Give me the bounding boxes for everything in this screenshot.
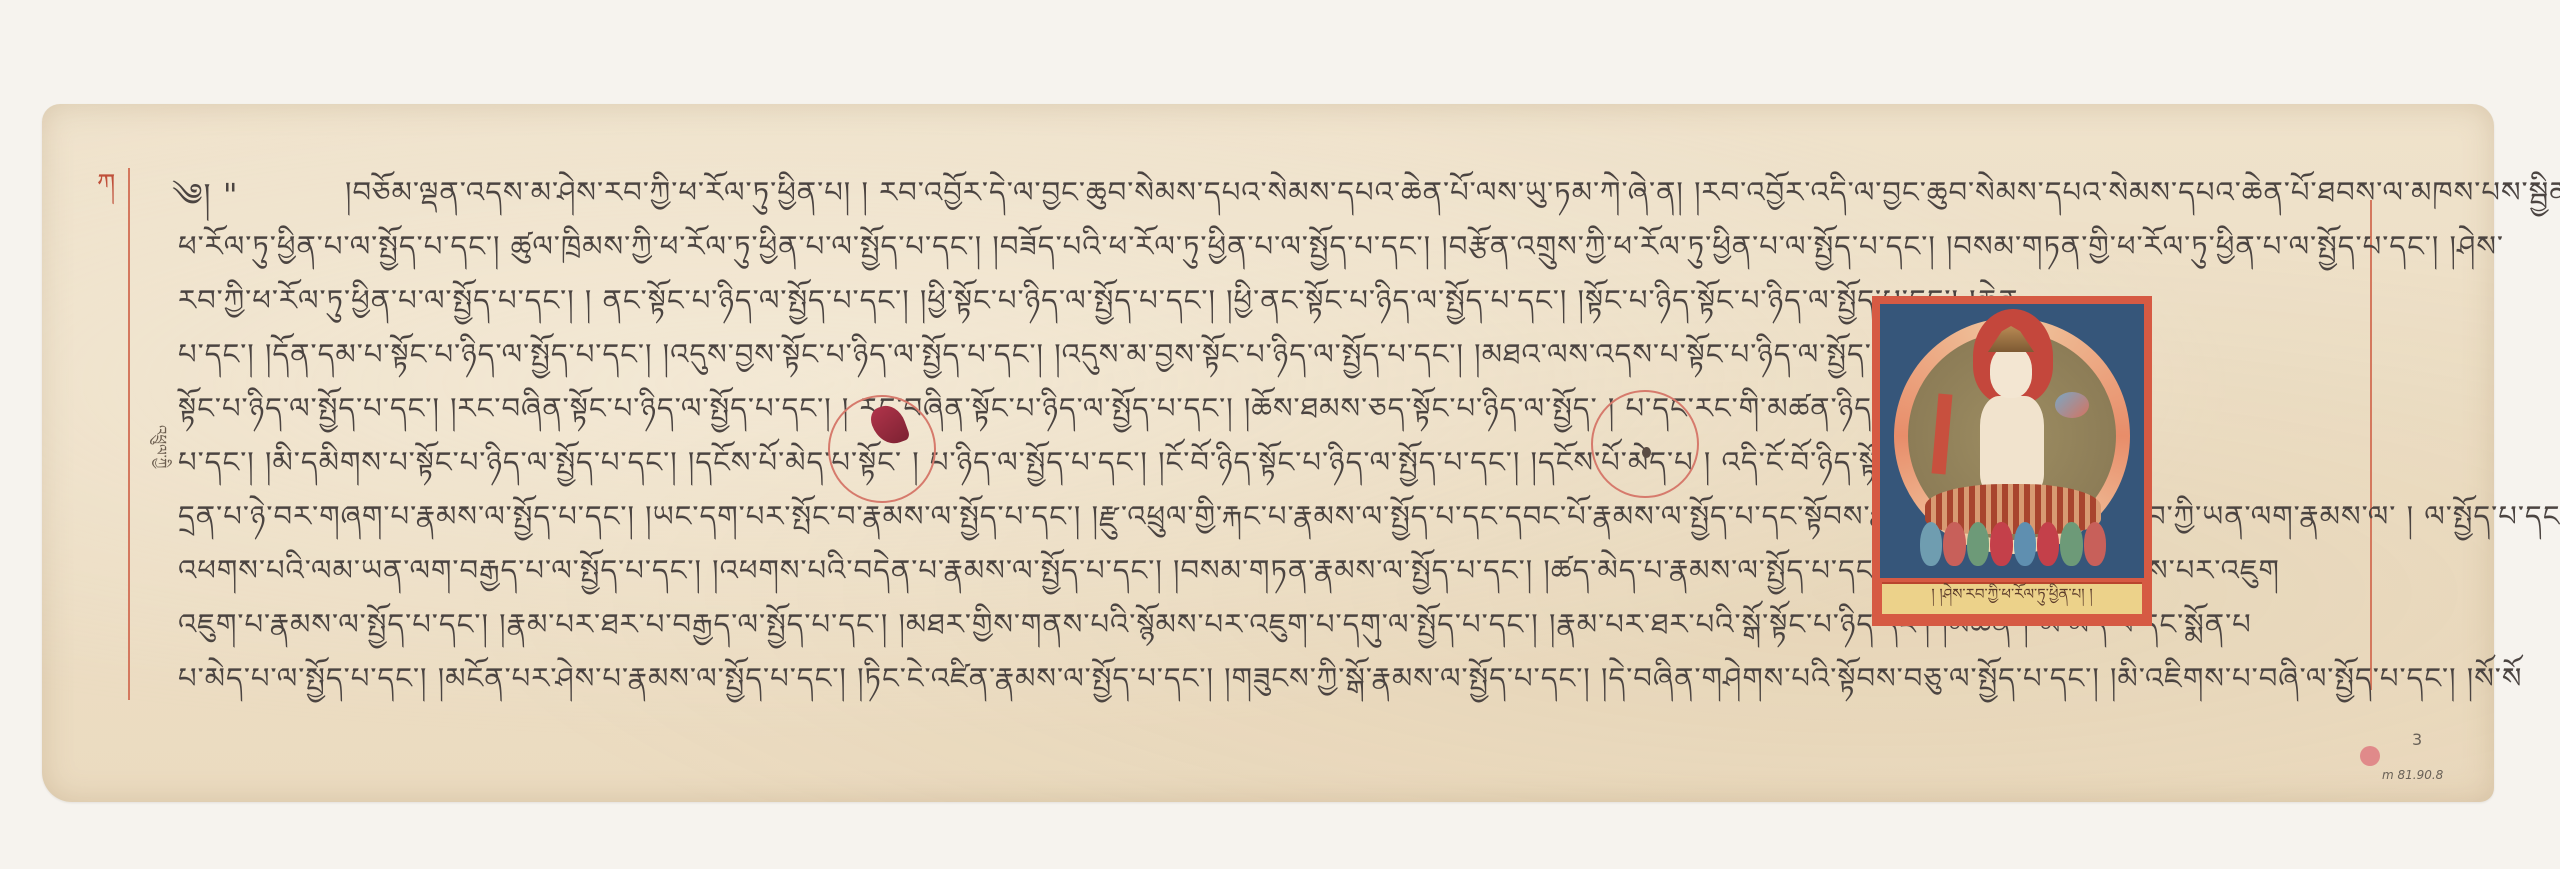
illumination-background — [1880, 304, 2144, 578]
folio-margin-letter: ཀ — [97, 155, 115, 228]
ink-spot — [1642, 447, 1651, 458]
folio-number: 3 — [2412, 730, 2422, 749]
lotus-petal — [1920, 522, 1942, 566]
binding-hole-circle-right — [1591, 390, 1699, 498]
lotus-seat — [1920, 522, 2106, 574]
lotus-petal — [1967, 522, 1989, 566]
lotus-petal — [1990, 522, 2012, 566]
text-line-10: པ་མེད་པ་ལ་སྤྱོད་པ་དང་། །མངོན་པར་ཤེས་པ་རྣ… — [178, 646, 2522, 728]
left-margin-rule — [128, 168, 130, 700]
red-stain — [2360, 746, 2380, 766]
lotus-petal — [2060, 522, 2082, 566]
lotus-petal — [2084, 522, 2106, 566]
bird-icon — [2055, 392, 2089, 418]
illumination-caption: ། །ཤེས་རབ་ཀྱི་ཕ་རོལ་ཏུ་ཕྱིན་པ། ། — [1882, 582, 2142, 614]
painted-illumination: ། །ཤེས་རབ་ཀྱི་ཕ་རོལ་ཏུ་ཕྱིན་པ། ། — [1872, 296, 2152, 626]
deity-face — [1990, 346, 2032, 398]
lotus-petal — [2037, 522, 2059, 566]
margin-vertical-text: འཕྲུལ་ཀྱི — [140, 425, 182, 468]
lotus-petal — [1943, 522, 1965, 566]
accession-mark: m 81.90.8 — [2382, 768, 2443, 782]
deity-body — [1980, 396, 2044, 494]
lotus-petal — [2014, 522, 2036, 566]
